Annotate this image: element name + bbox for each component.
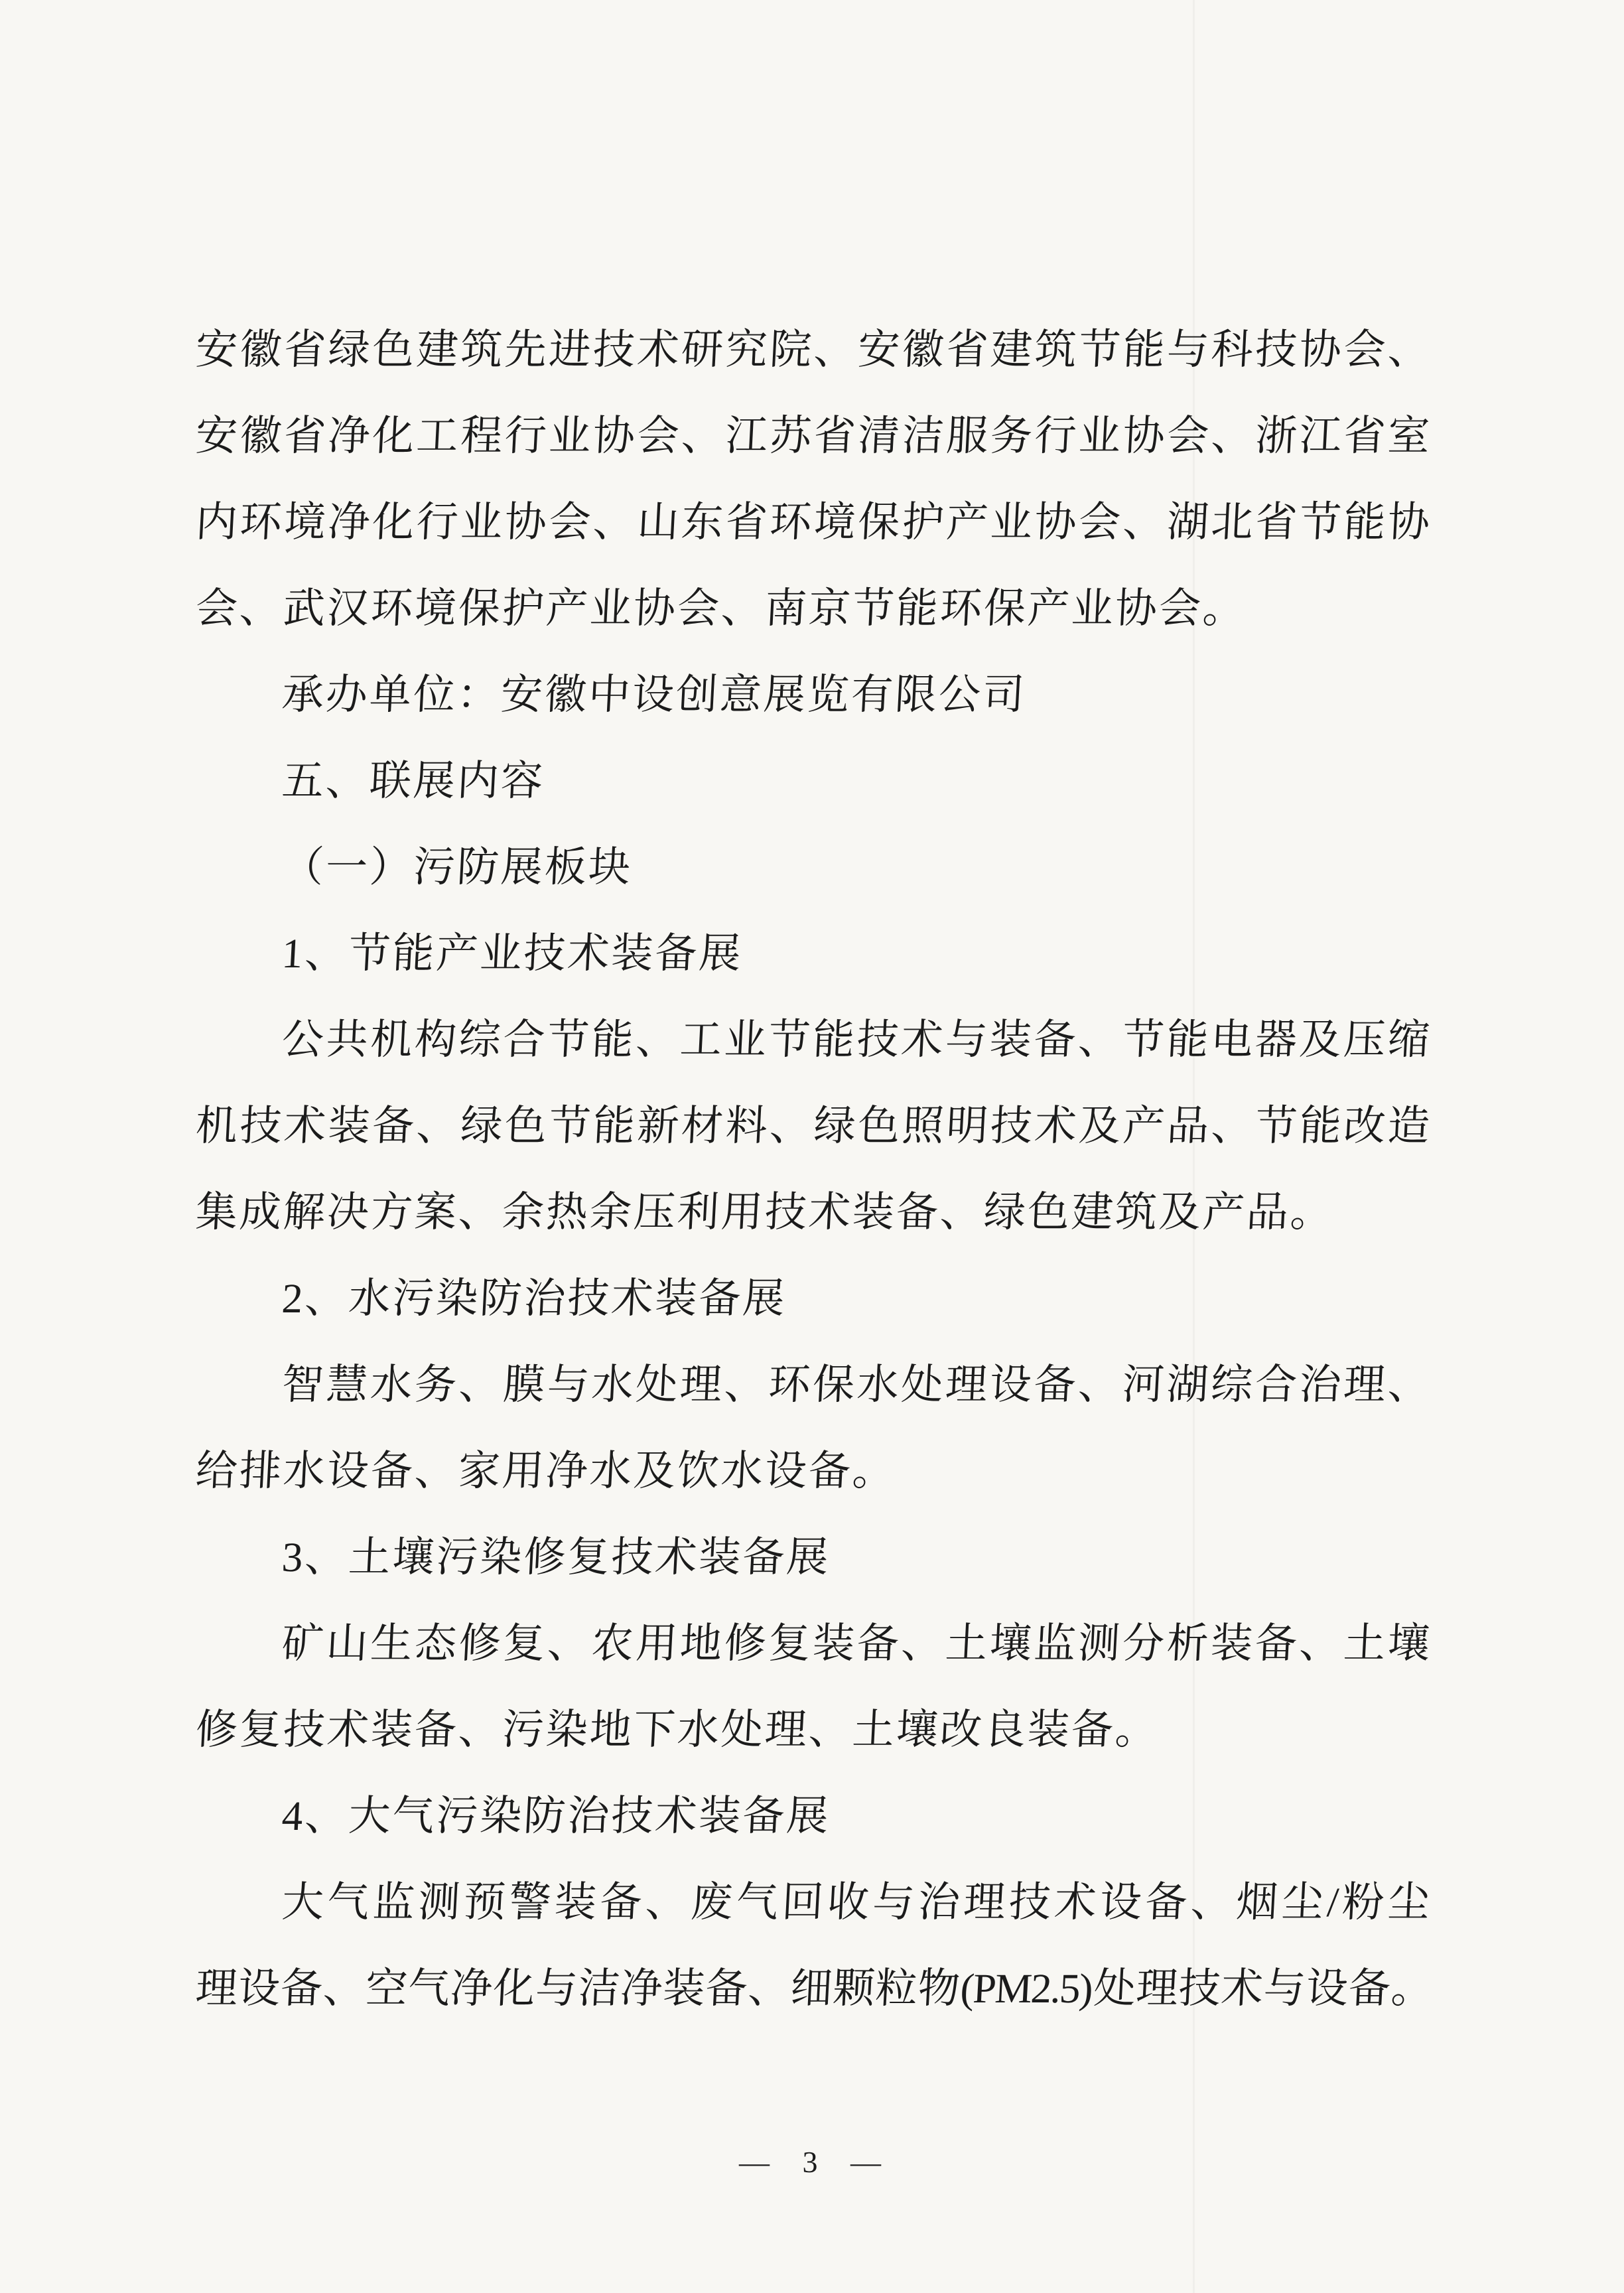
text-line: 智慧水务、膜与水处理、环保水处理设备、河湖综合治理、 (194, 1342, 1434, 1428)
text-line: 会、武汉环境保护产业协会、南京节能环保产业协会。 (194, 565, 1434, 652)
text-line: 大气监测预警装备、废气回收与治理技术设备、烟尘/粉尘治 (194, 1859, 1434, 1945)
text-line: 安徽省净化工程行业协会、江苏省清洁服务行业协会、浙江省室 (194, 393, 1434, 479)
text-line: 公共机构综合节能、工业节能技术与装备、节能电器及压缩 (194, 997, 1434, 1083)
page-number: — 3 — (739, 2145, 885, 2179)
text-line: 给排水设备、家用净水及饮水设备。 (194, 1428, 1434, 1514)
text-line: 内环境净化行业协会、山东省环境保护产业协会、湖北省节能协 (194, 479, 1434, 565)
text-line: 2、水污染防治技术装备展 (194, 1255, 1434, 1342)
text-line: 4、大气污染防治技术装备展 (194, 1773, 1434, 1859)
page-footer: — 3 — (0, 2144, 1624, 2180)
document-body: 安徽省绿色建筑先进技术研究院、安徽省建筑节能与科技协会、安徽省净化工程行业协会、… (196, 307, 1432, 2032)
text-line: 承办单位：安徽中设创意展览有限公司 (194, 652, 1434, 738)
scanned-document-page: 安徽省绿色建筑先进技术研究院、安徽省建筑节能与科技协会、安徽省净化工程行业协会、… (0, 0, 1624, 2293)
text-line: 3、土壤污染修复技术装备展 (194, 1514, 1434, 1600)
text-line: 五、联展内容 (194, 738, 1434, 824)
text-line: （一）污防展板块 (194, 824, 1434, 910)
text-line: 1、节能产业技术装备展 (194, 910, 1434, 997)
text-line: 修复技术装备、污染地下水处理、土壤改良装备。 (194, 1687, 1434, 1773)
text-line: 安徽省绿色建筑先进技术研究院、安徽省建筑节能与科技协会、 (194, 307, 1434, 393)
text-line: 机技术装备、绿色节能新材料、绿色照明技术及产品、节能改造 (194, 1083, 1434, 1169)
text-line: 集成解决方案、余热余压利用技术装备、绿色建筑及产品。 (194, 1169, 1434, 1255)
text-line: 理设备、空气净化与洁净装备、细颗粒物(PM2.5)处理技术与设备。 (194, 1945, 1434, 2032)
text-line: 矿山生态修复、农用地修复装备、土壤监测分析装备、土壤 (194, 1600, 1434, 1687)
